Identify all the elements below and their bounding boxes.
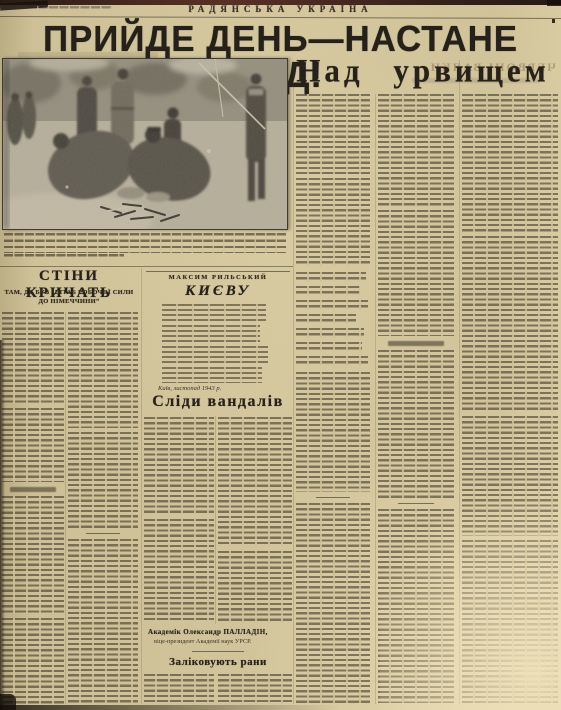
body-text-block: [68, 312, 138, 428]
signature-name: Академік Олександр ПАЛЛАДІН,: [148, 628, 292, 636]
body-text-block: [144, 674, 214, 704]
page-bottom-corner: [0, 694, 16, 710]
body-text-block: [378, 210, 454, 336]
poem-stanza: [162, 304, 266, 321]
body-text-block: [462, 236, 558, 412]
column-gutter: [215, 416, 216, 624]
list-item: [296, 272, 366, 282]
body-text-block: [2, 618, 64, 704]
body-text-block: [218, 674, 292, 704]
body-text-block: [218, 417, 292, 547]
body-text-block: [2, 496, 64, 614]
body-text-block: [144, 417, 214, 515]
signature-role: віце-президент Академії наук УРСР.: [154, 638, 294, 645]
subhead-smudge: [10, 487, 56, 492]
photo-caption: [4, 233, 286, 253]
list-item: [296, 342, 362, 352]
page-fade-bottom-right: [380, 470, 561, 710]
poem-stanza: [162, 325, 260, 342]
body-text-block: [144, 519, 214, 623]
article-title-healing-wounds: Заліковують рани: [144, 656, 292, 668]
article-title-vandal-traces: Сліди вандалів: [144, 393, 292, 411]
exhumation-photo: [2, 58, 288, 230]
page-left-edge-shadow: [0, 340, 5, 710]
page-number-tick: [552, 19, 555, 23]
signature-divider: [192, 651, 244, 652]
poem-stanza: [162, 367, 262, 383]
body-text-block: [68, 432, 138, 528]
list-item: [296, 314, 356, 324]
page-bottom-edge: [0, 705, 340, 710]
poem-author: МАКСИМ РИЛЬСЬКИЙ: [144, 274, 292, 281]
body-text-block: [296, 503, 370, 703]
article-title-over-the-ravine: Над урвищем: [288, 53, 558, 89]
body-text-block: [2, 408, 64, 482]
body-text-block: [296, 372, 370, 492]
body-text-block: [296, 178, 370, 266]
poem-top-rule: [146, 271, 290, 272]
list-item: [296, 356, 368, 366]
article-title-walls-scream: СТІНИ КРИЧАТЬ: [0, 268, 138, 302]
walls-scream-subtitle-line2: ДО НІМЕЧЧИНИ“: [0, 298, 138, 305]
photo-illustration: [3, 59, 287, 229]
poem-title: КИЄВУ: [144, 283, 292, 300]
walls-scream-subtitle-line1: ТАМ, ДЕ БУВ „ШТАБ РОБОЧОЇ СИЛИ: [0, 289, 138, 296]
paragraph-divider: [86, 533, 120, 534]
list-item: [296, 300, 368, 310]
body-text-block: [2, 312, 64, 404]
paragraph-divider: [316, 497, 350, 498]
column-gutter: [375, 94, 376, 704]
body-text-block: [296, 94, 370, 174]
column-gutter: [141, 268, 142, 704]
body-text-block: [68, 539, 138, 704]
poem-stanza: [162, 346, 268, 363]
section-rule-left: [0, 266, 293, 267]
poem-dateline: Київ, листопад 1943 р.: [158, 385, 288, 392]
body-text-block: [462, 94, 558, 232]
column-gutter: [65, 312, 66, 704]
column-gutter: [293, 60, 294, 704]
list-item: [296, 286, 360, 296]
body-text-block: [378, 94, 454, 206]
subhead-smudge: [388, 341, 444, 346]
body-text-block: [218, 551, 292, 623]
list-item: [296, 328, 364, 338]
masthead-title: РАДЯНСЬКА УКРАЇНА: [0, 4, 561, 14]
photo-caption-lastline: [4, 254, 124, 258]
newspaper-page: РАДЯНСЬКА УКРАЇНА ПРИЙДЕ ДЕНЬ—НАСТАНЕ СУ…: [0, 0, 561, 710]
